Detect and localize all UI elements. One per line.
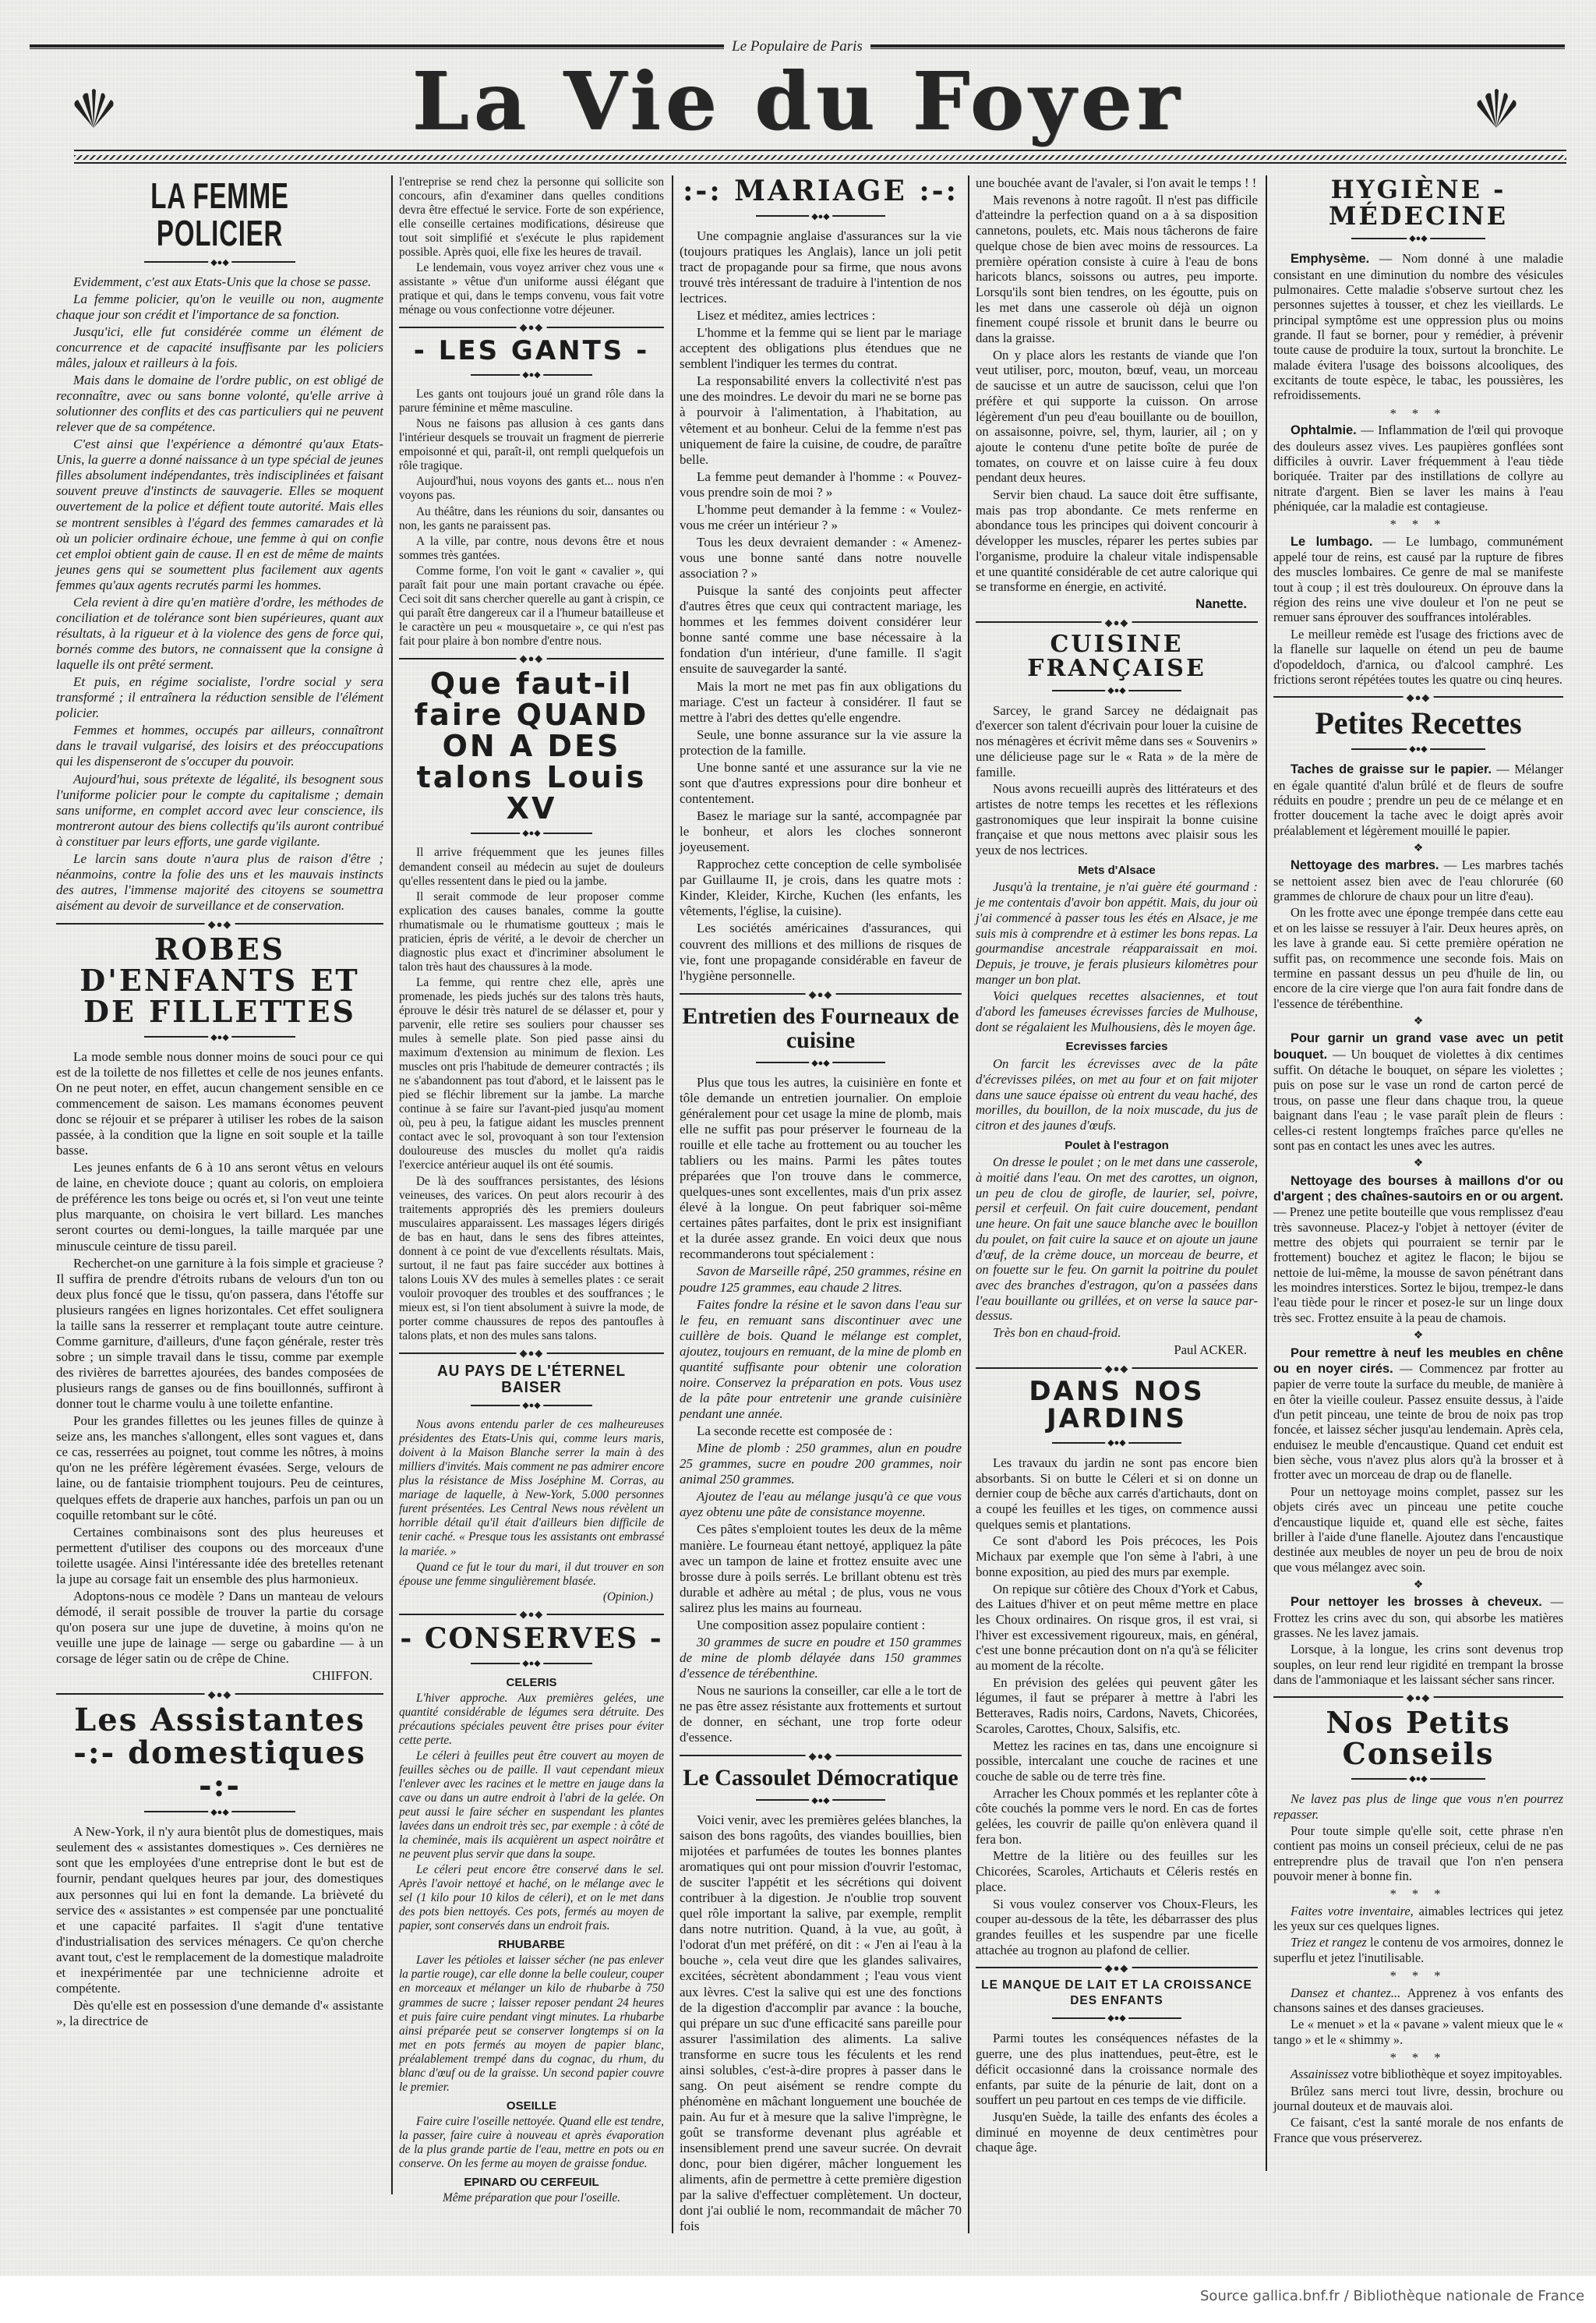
paragraph: Faire cuire l'oseille nettoyée. Quand el… <box>399 2115 664 2171</box>
ornament-icon: ◆●◆ <box>1105 2011 1128 2027</box>
paragraph-text: Il serait commode de leur proposer comme… <box>399 890 664 974</box>
title-underline: ◆●◆ <box>1052 1438 1182 1448</box>
article-title: AU PAYS DE L'ÉTERNEL BAISER <box>406 1363 658 1396</box>
ornamental-rule: ◆●◆ <box>680 988 962 999</box>
paragraph-text: La mode semble nous donner moins de souc… <box>56 1049 383 1158</box>
paragraph: Les sociétés américaines d'assurances, q… <box>680 921 962 983</box>
paragraph-text: Paul ACKER. <box>1174 1342 1247 1357</box>
paragraph-text: ❖ <box>1414 1579 1424 1591</box>
paragraph-text: ❖ <box>1414 1016 1424 1027</box>
paragraph-text: Jusqu'à la trentaine, je n'ai guère été … <box>976 879 1258 986</box>
paragraph-text: Aujourd'hui, nous voyons des gants et...… <box>399 475 664 502</box>
ornament-icon: ◆●◆ <box>1102 1361 1132 1377</box>
paragraph-text: (Opinion.) <box>603 1590 653 1603</box>
paragraph: Rapprochez cette conception de celle sym… <box>680 857 962 919</box>
article-title: LE MANQUE DE LAIT ET LA CROISSANCE DES E… <box>976 1978 1258 2009</box>
ornament-icon: ◆●◆ <box>1105 1436 1128 1451</box>
ornament-icon: ◆●◆ <box>520 1657 543 1671</box>
paragraph-text: Pour les grandes fillettes ou les jeunes… <box>56 1413 383 1522</box>
paragraph-text: Une compagnie anglaise d'assurances sur … <box>680 228 962 306</box>
asterism-divider: * * * <box>1273 406 1563 421</box>
ornament-icon: ◆●◆ <box>1407 742 1430 757</box>
paragraph-text: Puisque la santé des conjoints peut affe… <box>680 583 962 676</box>
ornament-icon: ◆●◆ <box>1404 690 1434 705</box>
zigzag-border <box>74 150 1566 164</box>
paragraph: Les jeunes enfants de 6 à 10 ans seront … <box>56 1160 383 1253</box>
paragraph: L'hiver approche. Aux premières gelées, … <box>399 1692 664 1748</box>
paragraph-text: Nanette. <box>1195 596 1247 611</box>
paragraph: Les travaux du jardin ne sont pas encore… <box>976 1455 1258 1533</box>
paragraph-text: Nous avons entendu parler de ces malheur… <box>399 1418 664 1558</box>
title-underline: ◆●◆ <box>756 1058 886 1067</box>
paragraph-text: Arracher les Choux pommés et les replant… <box>976 1786 1258 1847</box>
paragraph-text: Recherchet-on une garniture à la fois si… <box>56 1256 383 1412</box>
title-underline: ◆●◆ <box>144 1807 295 1816</box>
title-underline: ◆●◆ <box>1351 234 1485 243</box>
paragraph-text: En prévision des gelées qui peuvent gâte… <box>976 1675 1258 1736</box>
title-underline: ◆●◆ <box>1052 2014 1182 2023</box>
paragraph: L'homme et la femme qui se lient par le … <box>680 325 962 372</box>
source-signature: (Opinion.) <box>399 1590 653 1604</box>
paragraph-text: Une bonne santé et une assurance sur la … <box>680 760 962 806</box>
paragraph-text: RHUBARBE <box>498 1938 565 1951</box>
paragraph: une bouchée avant de l'avaler, si l'on a… <box>976 175 1258 191</box>
paragraph-text: Poulet à l'estragon <box>1065 1139 1169 1152</box>
article-title: Nos Petits Conseils <box>1273 1707 1563 1770</box>
paragraph: On les frotte avec une éponge trempée da… <box>1273 905 1563 1011</box>
paragraph-text: Savon de Marseille râpé, 250 grammes, ré… <box>680 1264 962 1294</box>
title-underline: ◆●◆ <box>144 1032 295 1041</box>
title-underline: ◆●◆ <box>471 1659 592 1668</box>
paragraph: Taches de graisse sur le papier. — Mélan… <box>1273 762 1563 838</box>
paragraph-text: ❖ <box>1414 1158 1424 1169</box>
paragraph-text: l'entreprise se rend chez la personne qu… <box>399 175 664 259</box>
paragraph: Parmi toutes les conséquences néfastes d… <box>976 2031 1258 2108</box>
article-dans-nos-jardins: ◆●◆DANS NOS JARDINS◆●◆Les travaux du jar… <box>976 1363 1258 1958</box>
paragraph: Mais la mort ne met pas fin aux obligati… <box>680 679 962 726</box>
ornament-icon: ◆●◆ <box>809 1793 832 1809</box>
subheading: CELERIS <box>399 1676 664 1690</box>
paragraph: La seconde recette est composée de : <box>680 1423 962 1439</box>
ornamental-rule: ◆●◆ <box>399 1609 664 1620</box>
paragraph-text: La seconde recette est composée de : <box>697 1423 892 1438</box>
paragraph: Laver les pétioles et laisser sécher (ne… <box>399 1954 664 2094</box>
dingbat-divider: ❖ <box>1273 1156 1563 1171</box>
paragraph: C'est ainsi que l'expérience a démontré … <box>56 437 383 593</box>
subheading: Mets d'Alsace <box>976 863 1258 879</box>
paragraph: 30 grammes de sucre en poudre et 150 gra… <box>680 1635 962 1681</box>
paragraph-text: Les sociétés américaines d'assurances, q… <box>680 921 962 982</box>
paragraph-text: CELERIS <box>506 1676 556 1689</box>
subheading: EPINARD OU CERFEUIL <box>399 2176 664 2190</box>
paragraph-text: * * * <box>1390 1968 1447 1983</box>
paragraph: Pour un nettoyage moins complet, passez … <box>1273 1484 1563 1575</box>
paragraph: Nous avons entendu parler de ces malheur… <box>399 1418 664 1558</box>
paragraph: Pour garnir un grand vase avec un petit … <box>1273 1031 1563 1153</box>
paragraph: Très bon en chaud-froid. <box>976 1325 1258 1341</box>
paragraph-text: Ce sont d'abord les Pois précoces, les P… <box>976 1533 1258 1579</box>
paragraph-text: Pour toute simple qu'elle soit, cette ph… <box>1273 1823 1563 1883</box>
article-petites-recettes: ◆●◆Petites Recettes◆●◆Taches de graisse … <box>1273 691 1563 1687</box>
title-underline: ◆●◆ <box>144 257 295 267</box>
emphasis: Assainissez <box>1291 2067 1349 2081</box>
paragraph: Comme forme, l'on voit le gant « cavalie… <box>399 564 664 649</box>
author-signature: Nanette. <box>976 596 1247 612</box>
paragraph-text: La femme peut demander à l'homme : « Pou… <box>680 469 962 500</box>
paragraph-text: L'homme peut demander à la femme : « Vou… <box>680 502 962 532</box>
paragraph-text: Une composition assez populaire contient… <box>697 1618 925 1632</box>
paper-name: Le Populaire de Paris <box>724 38 870 55</box>
paragraph: Mais dans le domaine de l'ordre public, … <box>56 373 383 435</box>
dingbat-divider: ❖ <box>1273 841 1563 856</box>
paragraph-text: Jusqu'ici, elle fut considérée comme un … <box>56 324 383 370</box>
paragraph: Même préparation que pour l'oseille. <box>399 2191 664 2205</box>
paragraph: Jusqu'à la trentaine, je n'ai guère été … <box>976 879 1258 987</box>
column-4: une bouchée avant de l'avaler, si l'on a… <box>976 175 1258 2160</box>
paragraph-text: Mine de plomb : 250 grammes, alun en pou… <box>680 1441 962 1487</box>
run-in-heading: Taches de graisse sur le papier. <box>1291 762 1492 776</box>
paragraph: Basez le mariage sur la santé, accompagn… <box>680 808 962 855</box>
paragraph-text: On y place alors les restants de viande … <box>976 348 1258 486</box>
paragraph: Il arrive fréquemment que les jeunes fil… <box>399 846 664 888</box>
paragraph-text: votre bibliothèque et soyez impitoyables… <box>1349 2067 1562 2081</box>
paragraph-text: On dresse le poulet ; on le met dans une… <box>976 1154 1258 1323</box>
masthead-top-rule: Le Populaire de Paris <box>30 39 1565 55</box>
article-conserves: ◆●◆- CONSERVES -◆●◆CELERISL'hiver approc… <box>399 1609 664 2205</box>
paragraph-text: Mais la mort ne met pas fin aux obligati… <box>680 679 962 725</box>
paragraph-text: De là des souffrances persistantes, des … <box>399 1175 664 1343</box>
ornament-icon: ◆●◆ <box>520 368 543 382</box>
article-title: Le Cassoulet Démocratique <box>680 1766 962 1791</box>
rule-left <box>30 44 724 49</box>
paragraph-text: Parmi toutes les conséquences néfastes d… <box>976 2031 1258 2107</box>
paragraph-text: Faites fondre la résine et le savon dans… <box>680 1297 962 1421</box>
run-in-heading: Emphysème. <box>1291 252 1369 266</box>
paragraph: A New-York, il n'y aura bientôt plus de … <box>56 1824 383 1996</box>
ornament-icon: ◆●◆ <box>1102 1961 1132 1976</box>
column-divider <box>968 175 969 2233</box>
paragraph-text: Le larcin sans doute n'aura plus de rais… <box>56 851 383 913</box>
paragraph: La femme policier, qu'on le veuille ou n… <box>56 292 383 323</box>
run-in-heading: Nettoyage des marbres. <box>1291 858 1439 872</box>
paragraph: Ophtalmie. — Inflammation de l'œil qui p… <box>1273 423 1563 514</box>
paragraph: Mettez les racines en tas, dans une enco… <box>976 1738 1258 1784</box>
paragraph-text: Rapprochez cette conception de celle sym… <box>680 857 962 918</box>
column-1: LA FEMME POLICIER◆●◆Evidemment, c'est au… <box>56 175 383 2034</box>
title-underline: ◆●◆ <box>756 1795 886 1805</box>
article-title: ROBES D'ENFANTS ET DE FILLETTES <box>56 934 383 1027</box>
paragraph: Servir bien chaud. La sauce doit être su… <box>976 487 1258 595</box>
ornamental-rule: ◆●◆ <box>56 1688 383 1699</box>
paragraph: Voici venir, avec les premières gelées b… <box>680 1812 962 2235</box>
article-title: Les Assistantes -:- domestiques -:- <box>56 1704 383 1802</box>
paragraph-text: Aujourd'hui, sous prétexte de légalité, … <box>56 772 383 849</box>
paragraph-text: Nous ne saurions la conseiller, car elle… <box>680 1683 962 1745</box>
asterism-divider: * * * <box>1273 1886 1563 1901</box>
title-underline: ◆●◆ <box>1351 1774 1485 1784</box>
paragraph: Ces pâtes s'emploient toutes les deux de… <box>680 1522 962 1615</box>
subheading: OSEILLE <box>399 2099 664 2113</box>
paragraph-text: 30 grammes de sucre en poudre et 150 gra… <box>680 1635 962 1681</box>
paragraph: De là des souffrances persistantes, des … <box>399 1175 664 1344</box>
ornamental-rule: ◆●◆ <box>976 1962 1258 1973</box>
subheading: Ecrevisses farcies <box>976 1039 1258 1055</box>
author-signature: CHIFFON. <box>56 1668 373 1684</box>
paragraph: Jusqu'ici, elle fut considérée comme un … <box>56 324 383 371</box>
paragraph: La mode semble nous donner moins de souc… <box>56 1049 383 1158</box>
paragraph: Et puis, en régime socialiste, l'ordre s… <box>56 674 383 721</box>
paragraph: Femmes et hommes, occupés par ailleurs, … <box>56 723 383 769</box>
paragraph: Certaines combinaisons sont des plus heu… <box>56 1525 383 1587</box>
paragraph-text: La femme policier, qu'on le veuille ou n… <box>56 292 383 322</box>
paragraph: Savon de Marseille râpé, 250 grammes, ré… <box>680 1264 962 1295</box>
title-underline: ◆●◆ <box>471 1401 592 1410</box>
paragraph: Dansez et chantez... Apprenez à vos enfa… <box>1273 1985 1563 2016</box>
article-title: CUISINE FRANÇAISE <box>976 632 1258 681</box>
paragraph: Nettoyage des bourses à maillons d'or ou… <box>1273 1173 1563 1326</box>
article-la-femme-policier: LA FEMME POLICIER◆●◆Evidemment, c'est au… <box>56 177 383 914</box>
paragraph-text: une bouchée avant de l'avaler, si l'on a… <box>976 175 1256 190</box>
paragraph-text: Voici venir, avec les premières gelées b… <box>680 1812 962 2234</box>
column-divider <box>672 175 673 2233</box>
ornamental-rule: ◆●◆ <box>1273 1692 1563 1702</box>
paragraph-text: OSEILLE <box>507 2099 556 2113</box>
paragraph: Ne lavez pas plus de linge que vous n'en… <box>1273 1791 1563 1822</box>
article-cuisine-francaise: ◆●◆CUISINE FRANÇAISE◆●◆Sarcey, le grand … <box>976 617 1258 1358</box>
paragraph: Adoptons-nous ce modèle ? Dans un mantea… <box>56 1589 383 1667</box>
article-title: :-: MARIAGE :-: <box>680 177 962 207</box>
paragraph: Puisque la santé des conjoints peut affe… <box>680 583 962 677</box>
paragraph-text: L'hiver approche. Aux premières gelées, … <box>399 1692 664 1747</box>
emphasis: Dansez et chantez... <box>1291 1985 1400 2000</box>
paragraph-text: Et puis, en régime socialiste, l'ordre s… <box>56 674 383 720</box>
ornament-icon: ◆●◆ <box>205 1687 235 1702</box>
ornament-icon: ◆●◆ <box>208 1805 231 1820</box>
paragraph: Aujourd'hui, nous voyons des gants et...… <box>399 475 664 503</box>
paragraph: La femme, qui rentre chez elle, après un… <box>399 976 664 1173</box>
paragraph-text: Il arrive fréquemment que les jeunes fil… <box>399 846 664 887</box>
paragraph: On y place alors les restants de viande … <box>976 348 1258 486</box>
ornamental-rule: ◆●◆ <box>976 1363 1258 1374</box>
column-divider <box>1266 175 1267 2171</box>
paragraph-text: Mettez les racines en tas, dans une enco… <box>976 1738 1258 1784</box>
article-continuation: une bouchée avant de l'avaler, si l'on a… <box>976 175 1258 612</box>
paragraph-text: * * * <box>1390 517 1447 532</box>
ornament-icon: ◆●◆ <box>1407 232 1430 246</box>
paragraph-text: Si vous voulez conserver vos Choux-Fleur… <box>976 1897 1258 1957</box>
paragraph-text: Basez le mariage sur la santé, accompagn… <box>680 808 962 854</box>
paragraph-text: Comme forme, l'on voit le gant « cavalie… <box>399 564 664 648</box>
paragraph: Une bonne santé et une assurance sur la … <box>680 760 962 807</box>
paragraph: Emphysème. — Nom donné à une maladie con… <box>1273 251 1563 403</box>
paragraph-text: Tous les deux devraient demander : « Ame… <box>680 535 962 581</box>
paragraph-text: Le lendemain, vous voyez arriver chez vo… <box>399 261 664 316</box>
rule-right <box>870 44 1565 49</box>
ornament-icon: ◆●◆ <box>1105 684 1128 699</box>
title-underline: ◆●◆ <box>471 829 592 838</box>
paragraph-text: Faire cuire l'oseille nettoyée. Quand el… <box>399 2115 664 2170</box>
column-3: :-: MARIAGE :-:◆●◆Une compagnie anglaise… <box>680 175 962 2240</box>
paragraph: Jusqu'en Suède, la taille des enfants de… <box>976 2109 1258 2155</box>
paragraph: Le céleri à feuilles peut être couvert a… <box>399 1749 664 1862</box>
paragraph-text: Les gants ont toujours joué un grand rôl… <box>399 387 664 415</box>
run-in-heading: Nettoyage des bourses à maillons d'or ou… <box>1273 1174 1563 1204</box>
paragraph: Mais revenons à notre ragoût. Il n'est p… <box>976 193 1258 346</box>
newspaper-page: Le Populaire de Paris La Vie du Foyer LA… <box>0 0 1596 2276</box>
paragraph: Au théâtre, dans les réunions du soir, d… <box>399 505 664 533</box>
paragraph-text: Lorsque, à la longue, les crins sont dev… <box>1273 1642 1563 1687</box>
article-au-pays-de-l-eternel-baiser: ◆●◆AU PAYS DE L'ÉTERNEL BAISER◆●◆Nous av… <box>399 1348 664 1604</box>
paragraph: Le céleri peut encore être conservé dans… <box>399 1863 664 1933</box>
ornament-icon: ◆●◆ <box>1404 1690 1434 1705</box>
paragraph: On farcit les écrevisses avec de la pâte… <box>976 1056 1258 1133</box>
paragraph-text: A New-York, il n'y aura bientôt plus de … <box>56 1824 383 1996</box>
paragraph-text: C'est ainsi que l'expérience a démontré … <box>56 437 383 592</box>
column-2: l'entreprise se rend chez la personne qu… <box>399 175 664 2210</box>
ornament-icon: ◆●◆ <box>806 987 836 1002</box>
paragraph-text: Pour un nettoyage moins complet, passez … <box>1273 1484 1563 1575</box>
paragraph-text: Laver les pétioles et laisser sécher (ne… <box>399 1954 664 2093</box>
paragraph-text: Plus que tous les autres, la cuisinière … <box>680 1075 962 1262</box>
paragraph: Le meilleur remède est l'usage des frict… <box>1273 627 1563 687</box>
paragraph: Ce sont d'abord les Pois précoces, les P… <box>976 1533 1258 1579</box>
author-signature: Paul ACKER. <box>976 1342 1247 1358</box>
paragraph: Evidemment, c'est aux Etats-Unis que la … <box>56 274 383 290</box>
paragraph: Pour les grandes fillettes ou les jeunes… <box>56 1413 383 1522</box>
column-divider <box>391 175 393 2194</box>
paragraph-text: Ce faisant, c'est la santé morale de nos… <box>1273 2115 1563 2144</box>
article-robes-d-enfants-et-de-fillettes: ◆●◆ROBES D'ENFANTS ET DE FILLETTES◆●◆La … <box>56 918 383 1684</box>
paragraph: Arracher les Choux pommés et les replant… <box>976 1786 1258 1847</box>
paragraph-text: Nous avons recueilli auprès des littérat… <box>976 781 1258 857</box>
paragraph-text: Servir bien chaud. La sauce doit être su… <box>976 487 1258 594</box>
ornament-icon: ◆●◆ <box>809 1055 832 1071</box>
paragraph: Ajoutez de l'eau au mélange jusqu'à ce q… <box>680 1489 962 1520</box>
ornamental-rule: ◆●◆ <box>976 617 1258 628</box>
paragraph-text: Jusqu'en Suède, la taille des enfants de… <box>976 2109 1258 2155</box>
paragraph-text: — Commencez par frotter au papier de ver… <box>1273 1361 1563 1483</box>
paragraph-text: Mais dans le domaine de l'ordre public, … <box>56 373 383 434</box>
ornament-icon: ◆●◆ <box>806 1748 836 1764</box>
ornamental-rule: ◆●◆ <box>399 653 664 664</box>
dingbat-divider: ❖ <box>1273 1328 1563 1343</box>
paragraph: Si vous voulez conserver vos Choux-Fleur… <box>976 1897 1258 1958</box>
paragraph-text: Ecrevisses farcies <box>1066 1040 1168 1053</box>
paragraph: Quand ce fut le tour du mari, il dut tro… <box>399 1561 664 1589</box>
article-que-faut-il-faire-quand-on-a-des-talons-louis-xv: ◆●◆Que faut-il faire QUAND ON A DES talo… <box>399 653 664 1343</box>
paragraph: A la ville, par contre, nous devons être… <box>399 535 664 563</box>
paragraph: Faites fondre la résine et le savon dans… <box>680 1297 962 1423</box>
paragraph: L'homme peut demander à la femme : « Vou… <box>680 502 962 533</box>
paragraph-text: Les travaux du jardin ne sont pas encore… <box>976 1455 1258 1532</box>
paragraph-text: Nous ne faisons pas allusion à ces gants… <box>399 417 664 472</box>
ornamental-rule: ◆●◆ <box>1273 691 1563 702</box>
column-5: HYGIÈNE - MÉDECINE◆●◆Emphysème. — Nom do… <box>1273 175 1563 2150</box>
paragraph-text: Le meilleur remède est l'usage des frict… <box>1273 627 1563 687</box>
paragraph-text: — Prenez une petite bouteille que vous r… <box>1273 1204 1563 1325</box>
paragraph: Ce faisant, c'est la santé morale de nos… <box>1273 2115 1563 2145</box>
ornament-icon: ◆●◆ <box>205 917 235 932</box>
section-title: La Vie du Foyer <box>412 54 1185 148</box>
paragraph-text: * * * <box>1390 1886 1447 1901</box>
title-underline: ◆●◆ <box>1351 744 1485 754</box>
ornament-icon: ◆●◆ <box>520 1398 543 1413</box>
article-title: - CONSERVES - <box>399 1625 664 1654</box>
run-in-heading: Le lumbago. <box>1291 535 1372 549</box>
paragraph-text: Brûlez sans merci tout livre, dessin, br… <box>1273 2084 1563 2113</box>
ornament-icon: ◆●◆ <box>517 1346 547 1360</box>
paragraph-text: Ces pâtes s'emploient toutes les deux de… <box>680 1522 962 1614</box>
paragraph: Mine de plomb : 250 grammes, alun en pou… <box>680 1441 962 1487</box>
paragraph: Lisez et méditez, amies lectrices : <box>680 308 962 324</box>
paragraph: Une composition assez populaire contient… <box>680 1618 962 1633</box>
paragraph-text: ❖ <box>1414 843 1424 854</box>
title-underline: ◆●◆ <box>756 211 886 221</box>
paragraph: Nous ne faisons pas allusion à ces gants… <box>399 417 664 473</box>
paragraph-text: ❖ <box>1414 1330 1424 1342</box>
ornamental-rule: ◆●◆ <box>399 1348 664 1359</box>
paragraph-text: Seule, une bonne assurance sur la vie as… <box>680 727 962 758</box>
paragraph-text: Mais revenons à notre ragoût. Il n'est p… <box>976 193 1258 345</box>
paragraph-text: La femme, qui rentre chez elle, après un… <box>399 976 664 1172</box>
article-title: Petites Recettes <box>1273 707 1563 740</box>
run-in-heading: Ophtalmie. <box>1291 423 1357 437</box>
article-mariage: :-: MARIAGE :-:◆●◆Une compagnie anglaise… <box>680 177 962 984</box>
paragraph: La femme peut demander à l'homme : « Pou… <box>680 469 962 500</box>
ornament-icon: ◆●◆ <box>517 320 547 334</box>
paragraph-text: Certaines combinaisons sont des plus heu… <box>56 1525 383 1586</box>
paragraph: Lorsque, à la longue, les crins sont dev… <box>1273 1642 1563 1687</box>
paragraph-text: Sarcey, le grand Sarcey ne dédaignait pa… <box>976 703 1258 780</box>
paragraph: Le larcin sans doute n'aura plus de rais… <box>56 851 383 914</box>
paragraph: Assainissez votre bibliothèque et soyez … <box>1273 2067 1563 2081</box>
section-masthead: La Vie du Foyer <box>0 55 1596 147</box>
paragraph-text: Mets d'Alsace <box>1078 864 1155 877</box>
dingbat-divider: ❖ <box>1273 1014 1563 1029</box>
article-les-assistantes-domestiques: ◆●◆Les Assistantes -:- domestiques -:-◆●… <box>56 1688 383 2029</box>
article-title: LA FEMME POLICIER <box>102 177 337 253</box>
paragraph-text: Très bon en chaud-froid. <box>993 1325 1121 1340</box>
subheading: RHUBARBE <box>399 1938 664 1952</box>
paragraph: Le « menuet » et la « pavane » valent mi… <box>1273 2017 1563 2047</box>
dingbat-divider: ❖ <box>1273 1578 1563 1593</box>
paragraph-text: * * * <box>1390 2050 1447 2065</box>
article-le-cassoulet-democratique: ◆●◆Le Cassoulet Démocratique◆●◆Voici ven… <box>680 1750 962 2234</box>
paragraph-text: L'homme et la femme qui se lient par le … <box>680 325 962 371</box>
article-title: - LES GANTS - <box>399 338 664 366</box>
paragraph: Mettre de la litière ou des feuilles sur… <box>976 1848 1258 1894</box>
paragraph-text: — Nom donné à une maladie consistant en … <box>1273 251 1563 402</box>
paragraph-text: — Un bouquet de violettes à dix centimes… <box>1273 1047 1563 1153</box>
fan-ornament-icon <box>1473 86 1520 129</box>
paragraph: Pour remettre à neuf les meubles en chên… <box>1273 1345 1563 1483</box>
paragraph-text: Les jeunes enfants de 6 à 10 ans seront … <box>56 1160 383 1253</box>
paragraph: Une compagnie anglaise d'assurances sur … <box>680 228 962 306</box>
subheading: Poulet à l'estragon <box>976 1138 1258 1154</box>
paragraph: Les gants ont toujours joué un grand rôl… <box>399 387 664 415</box>
paragraph-text: Même préparation que pour l'oseille. <box>443 2191 620 2205</box>
ornament-icon: ◆●◆ <box>208 255 231 270</box>
ornamental-rule: ◆●◆ <box>680 1750 962 1761</box>
paragraph-text: Le céleri peut encore être conservé dans… <box>399 1863 664 1932</box>
article-title: Entretien des Fourneaux de cuisine <box>680 1004 962 1053</box>
article-entretien-des-fourneaux-de-cuisine: ◆●◆Entretien des Fourneaux de cuisine◆●◆… <box>680 988 962 1746</box>
paragraph-text: Femmes et hommes, occupés par ailleurs, … <box>56 723 383 769</box>
paragraph: Dès qu'elle est en possession d'une dema… <box>56 1998 383 2029</box>
paragraph-text: CHIFFON. <box>312 1668 373 1683</box>
ornament-icon: ◆●◆ <box>517 1607 547 1621</box>
ornamental-rule: ◆●◆ <box>56 918 383 929</box>
